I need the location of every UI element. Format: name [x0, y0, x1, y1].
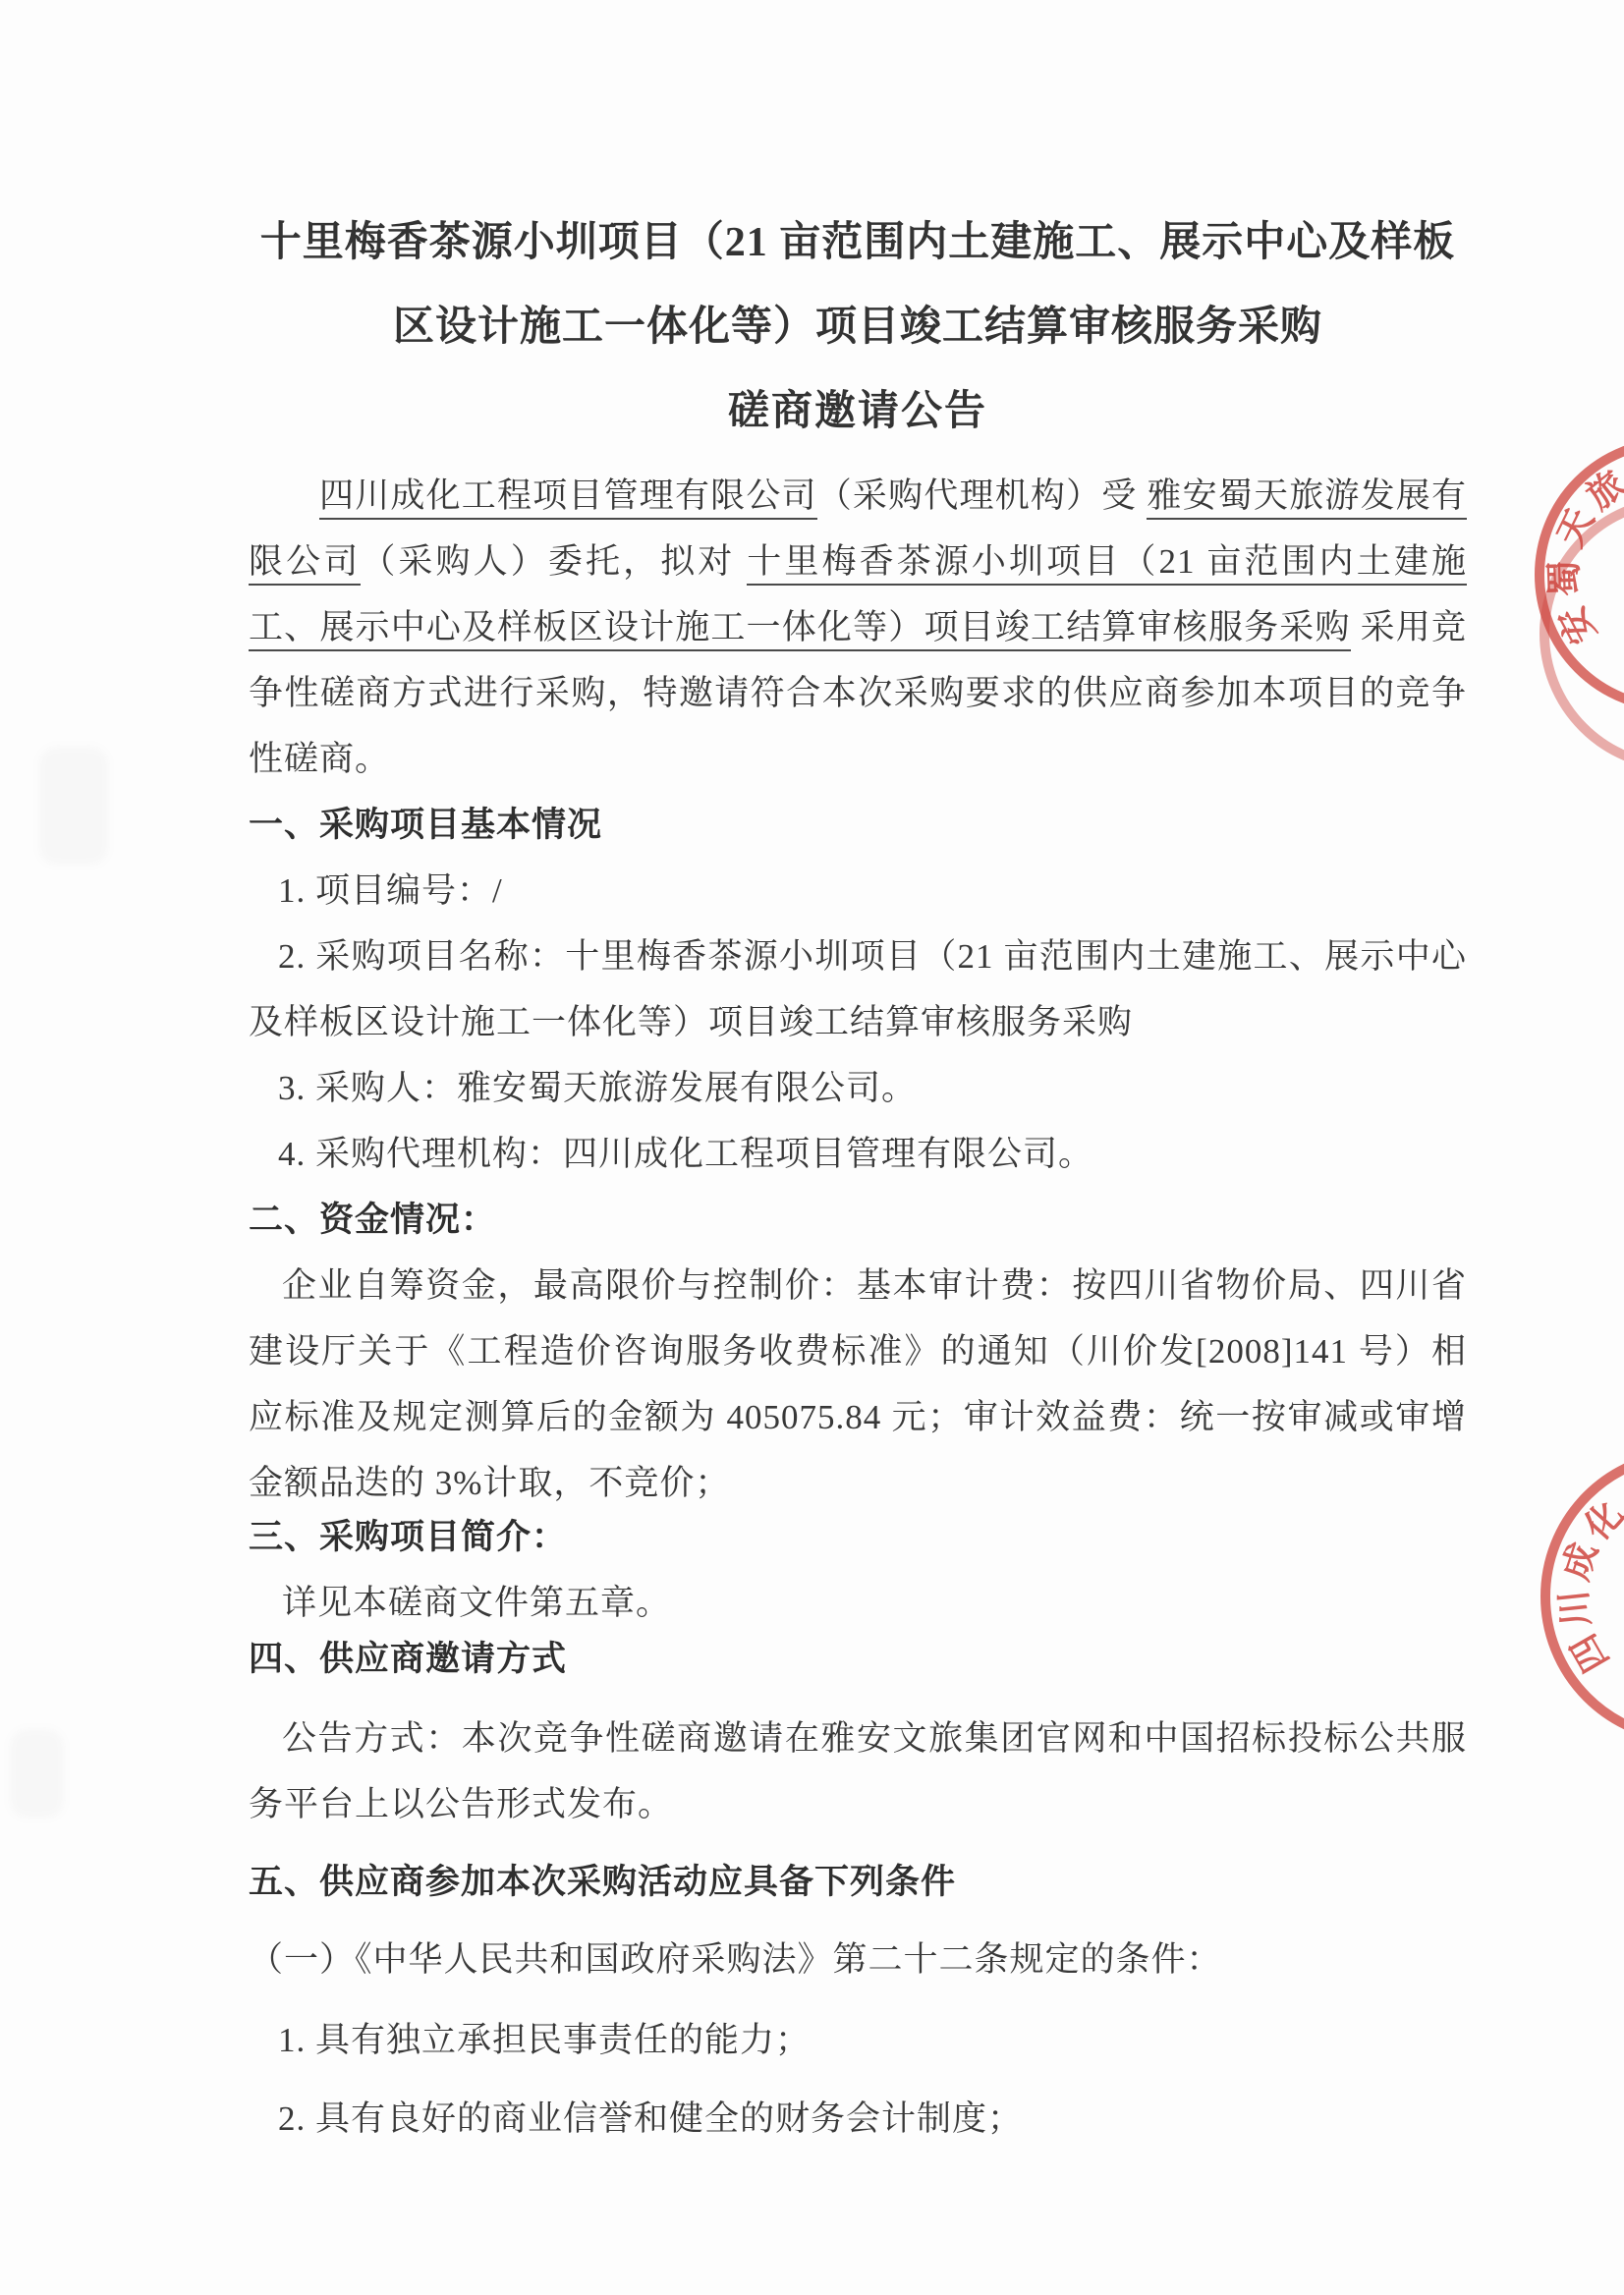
section-5-heading: 五、供应商参加本次采购活动应具备下列条件: [249, 1849, 1467, 1915]
section-3-heading: 三、采购项目简介：: [249, 1504, 1467, 1570]
section-2-heading: 二、资金情况：: [249, 1187, 1467, 1253]
section-5-item-2: 2. 具有良好的商业信誉和健全的财务会计制度；: [249, 2086, 1467, 2152]
section-2-body: 企业自筹资金，最高限价与控制价：基本审计费：按四川省物价局、四川省建设厅关于《工…: [249, 1253, 1467, 1516]
section-4-heading: 四、供应商邀请方式: [249, 1626, 1467, 1692]
intro-text-1: （采购代理机构）受: [817, 476, 1148, 515]
document-subtitle: 磋商邀请公告: [249, 369, 1467, 454]
seal-character: 四: [1561, 1623, 1620, 1682]
section-1-item-2: 2. 采购项目名称：十里梅香茶源小圳项目（21 亩范围内土建施工、展示中心及样板…: [249, 924, 1467, 1055]
document-content: 十里梅香茶源小圳项目（21 亩范围内土建施工、展示中心及样板 区设计施工一体化等…: [249, 200, 1467, 2152]
bleed-through-mark: [39, 747, 108, 865]
title-line-2: 区设计施工一体化等）项目竣工结算审核服务采购: [249, 285, 1467, 369]
company-seal-bottom: 化 成 川 四: [1540, 1449, 1624, 1744]
title-line-1: 十里梅香茶源小圳项目（21 亩范围内土建施工、展示中心及样板: [249, 200, 1467, 285]
section-1-item-1: 1. 项目编号：/: [249, 858, 1467, 924]
document-title: 十里梅香茶源小圳项目（21 亩范围内土建施工、展示中心及样板 区设计施工一体化等…: [249, 200, 1467, 369]
section-5-item-1: 1. 具有独立承担民事责任的能力；: [249, 2007, 1467, 2073]
intro-text-2: （采购人）委托，拟对: [361, 542, 747, 581]
section-1-heading: 一、采购项目基本情况: [249, 792, 1467, 858]
section-4-body: 公告方式：本次竞争性磋商邀请在雅安文旅集团官网和中国招标投标公共服务平台上以公告…: [249, 1706, 1467, 1837]
seal-bottom-characters: 化 成 川 四: [1550, 1459, 1624, 1734]
section-5-subheading: （一）《中华人民共和国政府采购法》第二十二条规定的条件：: [249, 1927, 1467, 1992]
intro-paragraph: 四川成化工程项目管理有限公司（采购代理机构）受 雅安蜀天旅游发展有限公司（采购人…: [249, 463, 1467, 792]
document-page: 十里梅香茶源小圳项目（21 亩范围内土建施工、展示中心及样板 区设计施工一体化等…: [0, 0, 1624, 2295]
section-1-item-3: 3. 采购人：雅安蜀天旅游发展有限公司。: [249, 1055, 1467, 1121]
agency-name-underlined: 四川成化工程项目管理有限公司: [319, 476, 817, 520]
section-1-item-4: 4. 采购代理机构：四川成化工程项目管理有限公司。: [249, 1121, 1467, 1187]
bleed-through-mark: [10, 1729, 64, 1818]
